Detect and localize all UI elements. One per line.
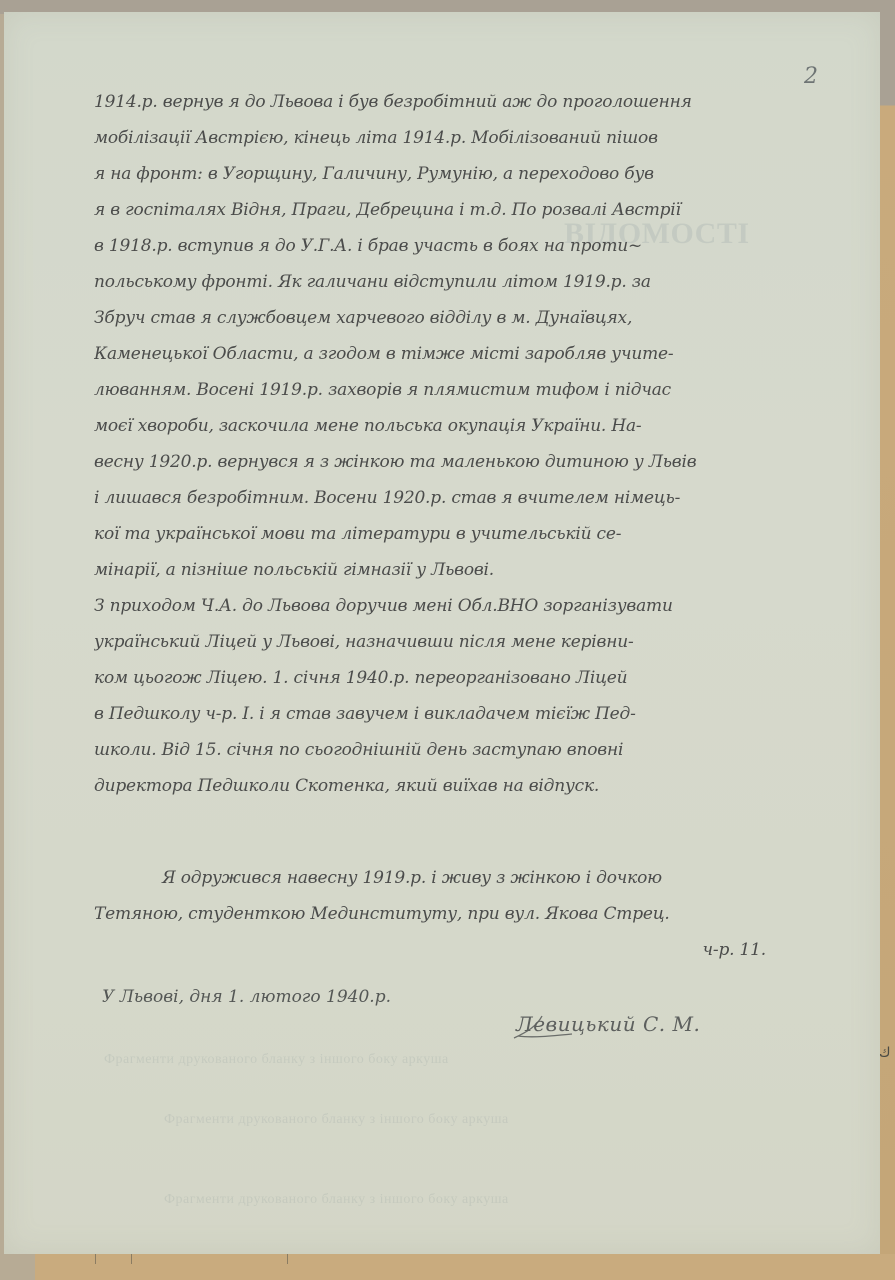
backing-board-right — [879, 0, 895, 1280]
document-page: ВІДОМОСТІ Фрагменти друкованого бланку з… — [4, 12, 880, 1254]
text-line: весну 1920.р. вернувся я з жінкою та мал… — [94, 444, 784, 480]
text-line: школи. Від 15. січня по сьогоднішній ден… — [94, 732, 784, 768]
page-number: 2 — [804, 64, 818, 89]
text-line: ком цьогож Ліцею. 1. січня 1940.р. перео… — [94, 660, 784, 696]
signature: Левицький С. М. — [516, 1012, 700, 1036]
text-line: люванням. Восені 1919.р. захворів я плям… — [94, 372, 784, 408]
text-line: я в госпіталях Відня, Праги, Дебрецина і… — [94, 192, 784, 228]
text-line: З приходом Ч.А. до Львова доручив мені О… — [94, 588, 784, 624]
text-line: мобілізації Австрією, кінець літа 1914.р… — [94, 120, 784, 156]
text-line: в 1918.р. вступив я до У.Г.А. і брав уча… — [94, 228, 784, 264]
text-line: в Педшколу ч-р. I. і я став завучем і ви… — [94, 696, 784, 732]
text-line: кої та української мови та літератури в … — [94, 516, 784, 552]
text-line: ч-р. 11. — [94, 932, 784, 968]
text-line: директора Педшколи Скотенка, який виїхав… — [94, 768, 784, 804]
edge-mark — [131, 1254, 132, 1264]
margin-mark: ك — [879, 1045, 891, 1061]
text-line: Тетяною, студенткою Мединституту, при ву… — [94, 896, 784, 932]
text-line: я на фронт: в Угорщину, Галичину, Румуні… — [94, 156, 784, 192]
text-line: український Ліцей у Львові, назначивши п… — [94, 624, 784, 660]
edge-mark — [95, 1254, 96, 1264]
text-line: Я одружився навесну 1919.р. і живу з жін… — [94, 860, 784, 896]
text-line: польському фронті. Як галичани відступил… — [94, 264, 784, 300]
text-line: Збруч став я службовцем харчевого відділ… — [94, 300, 784, 336]
bleed-through-line: Фрагменти друкованого бланку з іншого бо… — [104, 1052, 449, 1068]
autobiography-body: 1914.р. вернув я до Львова і був безробі… — [94, 84, 784, 804]
text-line: Каменецької Области, а згодом в тімже мі… — [94, 336, 784, 372]
place-and-date: У Львові, дня 1. лютого 1940.р. — [102, 987, 391, 1007]
text-line: і лишався безробітним. Восени 1920.р. ст… — [94, 480, 784, 516]
bleed-through-line: Фрагменти друкованого бланку з іншого бо… — [164, 1192, 509, 1208]
family-paragraph: Я одружився навесну 1919.р. і живу з жін… — [94, 860, 784, 968]
bleed-through-line: Фрагменти друкованого бланку з іншого бо… — [164, 1112, 509, 1128]
text-line: мінарії, а пізніше польській гімназії у … — [94, 552, 784, 588]
text-line: моєї хвороби, заскочила мене польська ок… — [94, 408, 784, 444]
backing-board-bottom — [35, 1254, 895, 1280]
edge-mark — [287, 1254, 288, 1264]
text-line: 1914.р. вернув я до Львова і був безробі… — [94, 84, 784, 120]
